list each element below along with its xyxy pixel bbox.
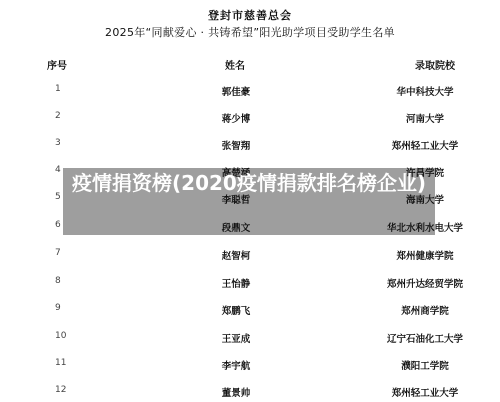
row-number: 12 xyxy=(55,385,66,395)
column-header-number: 序号 xyxy=(47,57,67,72)
student-name: 李宇航 xyxy=(205,358,267,372)
student-name: 张智翔 xyxy=(205,138,267,152)
table-row: 1 郭佳豪 华中科技大学 xyxy=(0,84,500,100)
row-number: 5 xyxy=(55,192,61,202)
table-row: 8 王怡静 郑州升达经贸学院 xyxy=(0,276,500,292)
column-header-name: 姓名 xyxy=(213,57,257,72)
row-number: 11 xyxy=(55,358,66,368)
table-row: 7 赵智柯 郑州健康学院 xyxy=(0,248,500,264)
student-name: 段鼎文 xyxy=(205,220,267,234)
student-name: 蒋少博 xyxy=(205,111,267,125)
row-number: 2 xyxy=(55,111,61,121)
school-name: 河南大学 xyxy=(370,111,480,125)
table-row: 2 蒋少博 河南大学 xyxy=(0,111,500,127)
school-name: 郑州升达经贸学院 xyxy=(370,276,480,290)
school-name: 郑州商学院 xyxy=(370,303,480,317)
school-name: 郑州轻工业大学 xyxy=(370,385,480,399)
org-title: 登封市慈善总会 xyxy=(0,7,500,23)
student-name: 王怡静 xyxy=(205,276,267,290)
overlay-title: 疫情捐资榜(2020疫情捐款排名榜企业) xyxy=(63,170,435,196)
row-number: 3 xyxy=(55,138,61,148)
row-number: 8 xyxy=(55,276,61,286)
school-name: 郑州健康学院 xyxy=(370,248,480,262)
table-row: 9 郑鹏飞 郑州商学院 xyxy=(0,303,500,319)
row-number: 9 xyxy=(55,303,61,313)
school-name: 辽宁石油化工大学 xyxy=(370,331,480,345)
table-row: 12 董景帅 郑州轻工业大学 xyxy=(0,385,500,401)
column-header-school: 录取院校 xyxy=(380,57,490,72)
table-row: 3 张智翔 郑州轻工业大学 xyxy=(0,138,500,154)
school-name: 华中科技大学 xyxy=(370,84,480,98)
student-name: 赵智柯 xyxy=(205,248,267,262)
student-name: 郭佳豪 xyxy=(205,84,267,98)
table-row: 6 段鼎文 华北水利水电大学 xyxy=(0,220,500,236)
row-number: 7 xyxy=(55,248,61,258)
row-number: 6 xyxy=(55,220,61,230)
table-row: 11 李宇航 濮阳工学院 xyxy=(0,358,500,374)
student-name: 郑鹏飞 xyxy=(205,303,267,317)
document-page: 登封市慈善总会 2025年“同献爱心 · 共铸希望”阳光助学项目受助学生名单 序… xyxy=(0,0,500,402)
school-name: 华北水利水电大学 xyxy=(370,220,480,234)
student-name: 王亚成 xyxy=(205,331,267,345)
school-name: 濮阳工学院 xyxy=(370,358,480,372)
row-number: 10 xyxy=(55,331,66,341)
document-subtitle: 2025年“同献爱心 · 共铸希望”阳光助学项目受助学生名单 xyxy=(0,24,500,40)
row-number: 4 xyxy=(55,165,61,175)
school-name: 郑州轻工业大学 xyxy=(370,138,480,152)
table-row: 10 王亚成 辽宁石油化工大学 xyxy=(0,331,500,347)
student-name: 董景帅 xyxy=(205,385,267,399)
row-number: 1 xyxy=(55,84,61,94)
